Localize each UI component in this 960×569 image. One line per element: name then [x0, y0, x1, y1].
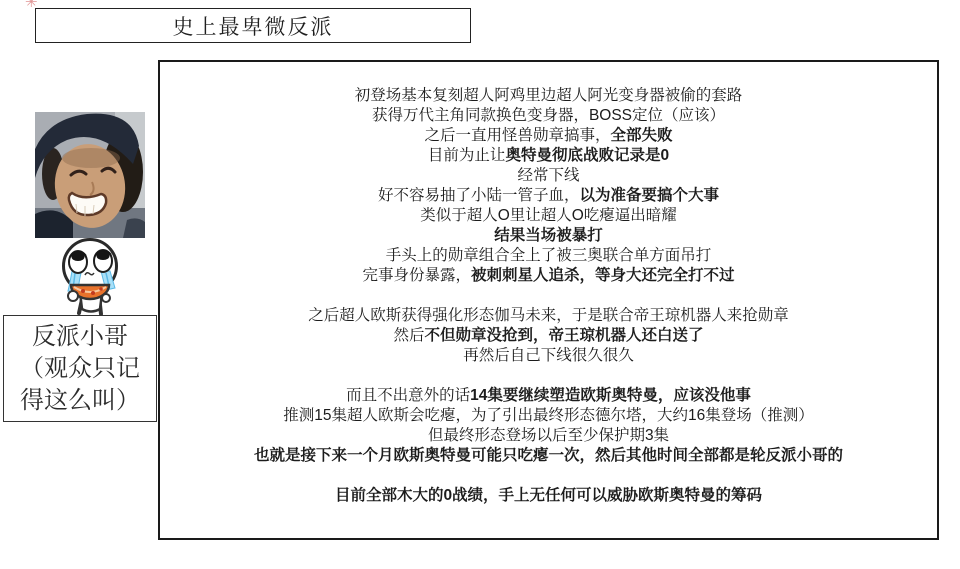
content-text: 初登场基本复刻超人阿鸡里边超人阿光变身器被偷的套路获得万代主角同款换色变身器，B… — [160, 86, 937, 506]
text-segment: 目前为止让 — [428, 147, 506, 164]
text-line: 好不容易抽了小陆一管子血，以为准备要搞个大事 — [160, 186, 937, 206]
text-line: 获得万代主角同款换色变身器，BOSS定位（应该） — [160, 106, 937, 126]
text-segment: 手头上的勋章组合全上了被三奥联合单方面吊打 — [386, 247, 712, 264]
title-box: 史上最卑微反派 — [35, 8, 471, 43]
text-line: 再然后自己下线很久很久 — [160, 346, 937, 366]
text-segment: 经常下线 — [517, 167, 579, 184]
text-segment: 获得万代主角同款换色变身器，BOSS定位（应该） — [372, 107, 725, 124]
text-line: 结果当场被暴打 — [160, 226, 937, 246]
text-line — [160, 366, 937, 386]
text-line: 而且不出意外的话14集要继续塑造欧斯奥特曼，应该没他事 — [160, 386, 937, 406]
text-segment: 14集要继续塑造欧斯奥特曼，应该没他事 — [470, 387, 751, 404]
text-line — [160, 466, 937, 486]
text-segment: 之后一直用怪兽勋章搞事， — [424, 127, 610, 144]
text-line: 推测15集超人欧斯会吃瘪，为了引出最终形态德尔塔，大约16集登场（推测） — [160, 406, 937, 426]
text-line: 也就是接下来一个月欧斯奥特曼可能只吃瘪一次，然后其他时间全部都是轮反派小哥的 — [160, 446, 937, 466]
page-title: 史上最卑微反派 — [173, 11, 334, 41]
text-line: 但最终形态登场以后至少保护期3集 — [160, 426, 937, 446]
meme-illustration — [45, 237, 137, 318]
label-line: 反派小哥 — [32, 321, 128, 353]
text-segment: 结果当场被暴打 — [494, 227, 603, 244]
text-segment: 推测15集超人欧斯会吃瘪，为了引出最终形态德尔塔，大约16集登场（推测） — [283, 407, 813, 424]
villain-name-label-box: 反派小哥 （观众只记 得这么叫） — [3, 315, 157, 422]
text-segment: 全部失败 — [611, 127, 673, 144]
text-segment: 完事身份暴露， — [362, 267, 471, 284]
text-line: 然后不但勋章没抢到，帝王琼机器人还白送了 — [160, 326, 937, 346]
text-segment: 目前全部木大的0战绩，手上无任何可以威胁欧斯奥特曼的筹码 — [335, 487, 762, 504]
text-segment: 而且不出意外的话 — [346, 387, 470, 404]
text-segment: 好不容易抽了小陆一管子血， — [378, 187, 580, 204]
text-segment: 但最终形态登场以后至少保护期3集 — [428, 427, 669, 444]
villain-actor-photo — [35, 112, 145, 238]
text-line: 之后超人欧斯获得强化形态伽马未来，于是联合帝王琼机器人来抢勋章 — [160, 306, 937, 326]
text-line: 目前全部木大的0战绩，手上无任何可以威胁欧斯奥特曼的筹码 — [160, 486, 937, 506]
text-segment: 类似于超人O里让超人O吃瘪逼出暗耀 — [420, 207, 677, 224]
text-segment: 被刺刺星人追杀，等身大还完全打不过 — [471, 267, 735, 284]
label-line: （观众只记 — [20, 353, 140, 385]
text-segment: 然后 — [393, 327, 424, 344]
text-segment: 之后超人欧斯获得强化形态伽马未来，于是联合帝王琼机器人来抢勋章 — [308, 307, 789, 324]
label-line: 得这么叫） — [20, 385, 140, 417]
text-segment: 再然后自己下线很久很久 — [463, 347, 634, 364]
photo-illustration — [35, 112, 145, 238]
text-line: 初登场基本复刻超人阿鸡里边超人阿光变身器被偷的套路 — [160, 86, 937, 106]
crying-eating-meme — [45, 237, 137, 318]
text-line: 类似于超人O里让超人O吃瘪逼出暗耀 — [160, 206, 937, 226]
text-segment: 奥特曼彻底战败记录是0 — [505, 147, 669, 164]
slide-canvas: ✳ 史上最卑微反派 — [0, 0, 960, 569]
text-line: 手头上的勋章组合全上了被三奥联合单方面吊打 — [160, 246, 937, 266]
text-line: 经常下线 — [160, 166, 937, 186]
text-segment: 以为准备要搞个大事 — [580, 187, 720, 204]
text-line — [160, 286, 937, 306]
text-segment: 不但勋章没抢到，帝王琼机器人还白送了 — [425, 327, 704, 344]
text-segment: 初登场基本复刻超人阿鸡里边超人阿光变身器被偷的套路 — [355, 87, 743, 104]
text-segment: 也就是接下来一个月欧斯奥特曼可能只吃瘪一次，然后其他时间全部都是轮反派小哥的 — [254, 447, 843, 464]
text-line: 目前为止让奥特曼彻底战败记录是0 — [160, 146, 937, 166]
text-line: 之后一直用怪兽勋章搞事，全部失败 — [160, 126, 937, 146]
content-box: 初登场基本复刻超人阿鸡里边超人阿光变身器被偷的套路获得万代主角同款换色变身器，B… — [158, 60, 939, 540]
text-line: 完事身份暴露，被刺刺星人追杀，等身大还完全打不过 — [160, 266, 937, 286]
